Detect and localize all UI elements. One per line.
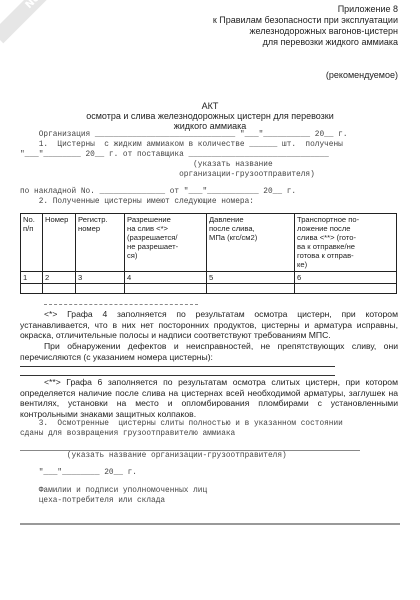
consignor-blank-line [20, 450, 360, 451]
date-line: "___"________ 20__ г. [20, 469, 137, 478]
footnote-2: <**> Графа 6 заполняется по результатам … [20, 377, 398, 419]
header-cell-tank-number: Номер [43, 214, 76, 272]
doc-subtitle: осмотра и слива железнодорожных цистерн … [0, 111, 420, 121]
header-cell-transport-state: Транспортное по-ложение послеслива <**> … [295, 214, 397, 272]
tank-numbers-heading: 2. Полученные цистерны имеют следующие н… [20, 198, 254, 207]
supplier-caption-2: организации-грузоотправителя) [20, 171, 315, 180]
table-cell [207, 284, 295, 294]
table-row [21, 284, 397, 294]
table-cell: 5 [207, 272, 295, 284]
section3-line1: 3. Осмотренные цистерны слиты полностью … [20, 420, 343, 429]
doc-title: АКТ [0, 101, 420, 111]
section3-line2: сданы для возвращения грузоотправителю а… [20, 430, 235, 439]
defects-blank-line-2 [20, 375, 335, 376]
table-cell [295, 284, 397, 294]
doc-subtitle-2: жидкого аммиака [0, 121, 420, 131]
footnote-1-defects: При обнаружении дефектов и неисправносте… [20, 341, 398, 362]
header-cell-pressure: Давлениепосле слива,МПа (кгс/см2) [207, 214, 295, 272]
table-cell: 2 [43, 272, 76, 284]
recommended-note: (рекомендуемое) [326, 70, 398, 81]
header-cell-number: No.п/п [21, 214, 43, 272]
appendix-line: железнодорожных вагонов-цистерн [213, 26, 398, 37]
table-cell [21, 284, 43, 294]
defects-blank-line [20, 366, 335, 367]
signatures-label: Фамилии и подписи уполномоченных лиц [20, 487, 207, 496]
table-cell: 1 [21, 272, 43, 284]
appendix-header: Приложение 8 к Правилам безопасности при… [213, 4, 398, 48]
footnote-1: <*> Графа 4 заполняется по результатам о… [20, 309, 398, 341]
organization-line: Организация ____________________________… [20, 131, 348, 140]
supplier-line: "___"________ 20__ г. от поставщика ____… [20, 151, 329, 160]
footnote-separator [44, 304, 198, 305]
table-cell: 4 [125, 272, 207, 284]
bottom-divider [20, 523, 400, 525]
header-cell-reg-number: Регистр.номер [76, 214, 125, 272]
table-cell: 6 [295, 272, 397, 284]
watermark: NoNumber.ru [0, 0, 116, 43]
signatures-label-2: цеха-потребителя или склада [20, 497, 165, 506]
table-cell [125, 284, 207, 294]
table-number-row: 1 2 3 4 5 6 [21, 272, 397, 284]
header-cell-discharge-permit: Разрешениена слив <*>(разрешается/не раз… [125, 214, 207, 272]
tank-table: No.п/п Номер Регистр.номер Разрешениена … [20, 213, 397, 294]
table-cell: 3 [76, 272, 125, 284]
appendix-line: к Правилам безопасности при эксплуатации [213, 15, 398, 26]
consignor-caption: (указать название организации-грузоотпра… [20, 452, 287, 461]
appendix-line: для перевозки жидкого аммиака [213, 37, 398, 48]
tanks-received-line: 1. Цистерны с жидким аммиаком в количест… [20, 141, 343, 150]
table-header-row: No.п/п Номер Регистр.номер Разрешениена … [21, 214, 397, 272]
supplier-caption: (указать название [20, 161, 273, 170]
appendix-line: Приложение 8 [213, 4, 398, 15]
table-cell [43, 284, 76, 294]
waybill-line: по накладной No. ______________ от "___"… [20, 188, 296, 197]
table-cell [76, 284, 125, 294]
